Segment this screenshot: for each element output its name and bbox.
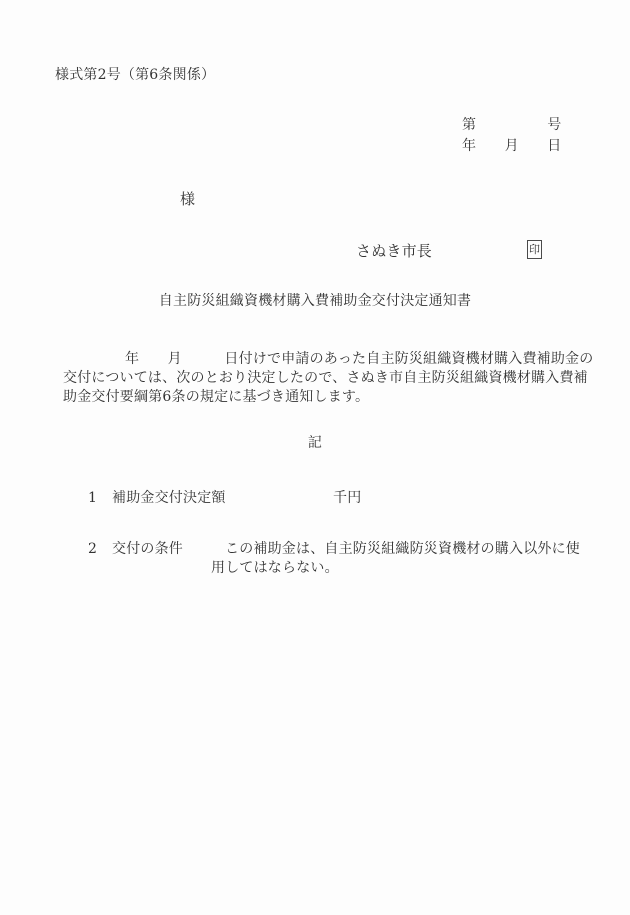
issuer-name: さぬき市長 (356, 241, 432, 261)
item-2-number: 2 (88, 540, 97, 559)
form-number: 様式第2号（第6条関係） (55, 66, 215, 85)
body-line-1: 年 月 日付けで申請のあった自主防災組織資機材購入費補助金の (125, 350, 593, 369)
document-title: 自主防災組織資機材購入費補助金交付決定通知書 (0, 292, 630, 311)
item-2-label: 交付の条件 (112, 540, 183, 559)
document-page: 様式第2号（第6条関係） 第 号 年 月 日 様 さぬき市長 印 自主防災組織資… (0, 0, 630, 915)
seal-character: 印 (529, 244, 540, 255)
item-2-condition-line-1: この補助金は、自主防災組織防災資機材の購入以外に使 (225, 540, 580, 559)
recipient-honorific: 様 (180, 189, 195, 209)
seal-stamp-box: 印 (527, 240, 542, 259)
date-line: 年 月 日 (462, 137, 561, 156)
item-1-label: 補助金交付決定額 (112, 489, 226, 508)
item-1-unit: 千円 (333, 489, 361, 508)
item-2-condition-line-2: 用してはならない。 (211, 559, 339, 578)
doc-number-line: 第 号 (462, 116, 561, 135)
body-line-2: 交付については、次のとおり決定したので、さぬき市自主防災組織資機材購入費補 (63, 369, 588, 388)
item-1-number: 1 (88, 489, 97, 508)
record-marker: 記 (0, 434, 630, 453)
body-line-3: 助金交付要綱第6条の規定に基づき通知します。 (63, 388, 369, 407)
